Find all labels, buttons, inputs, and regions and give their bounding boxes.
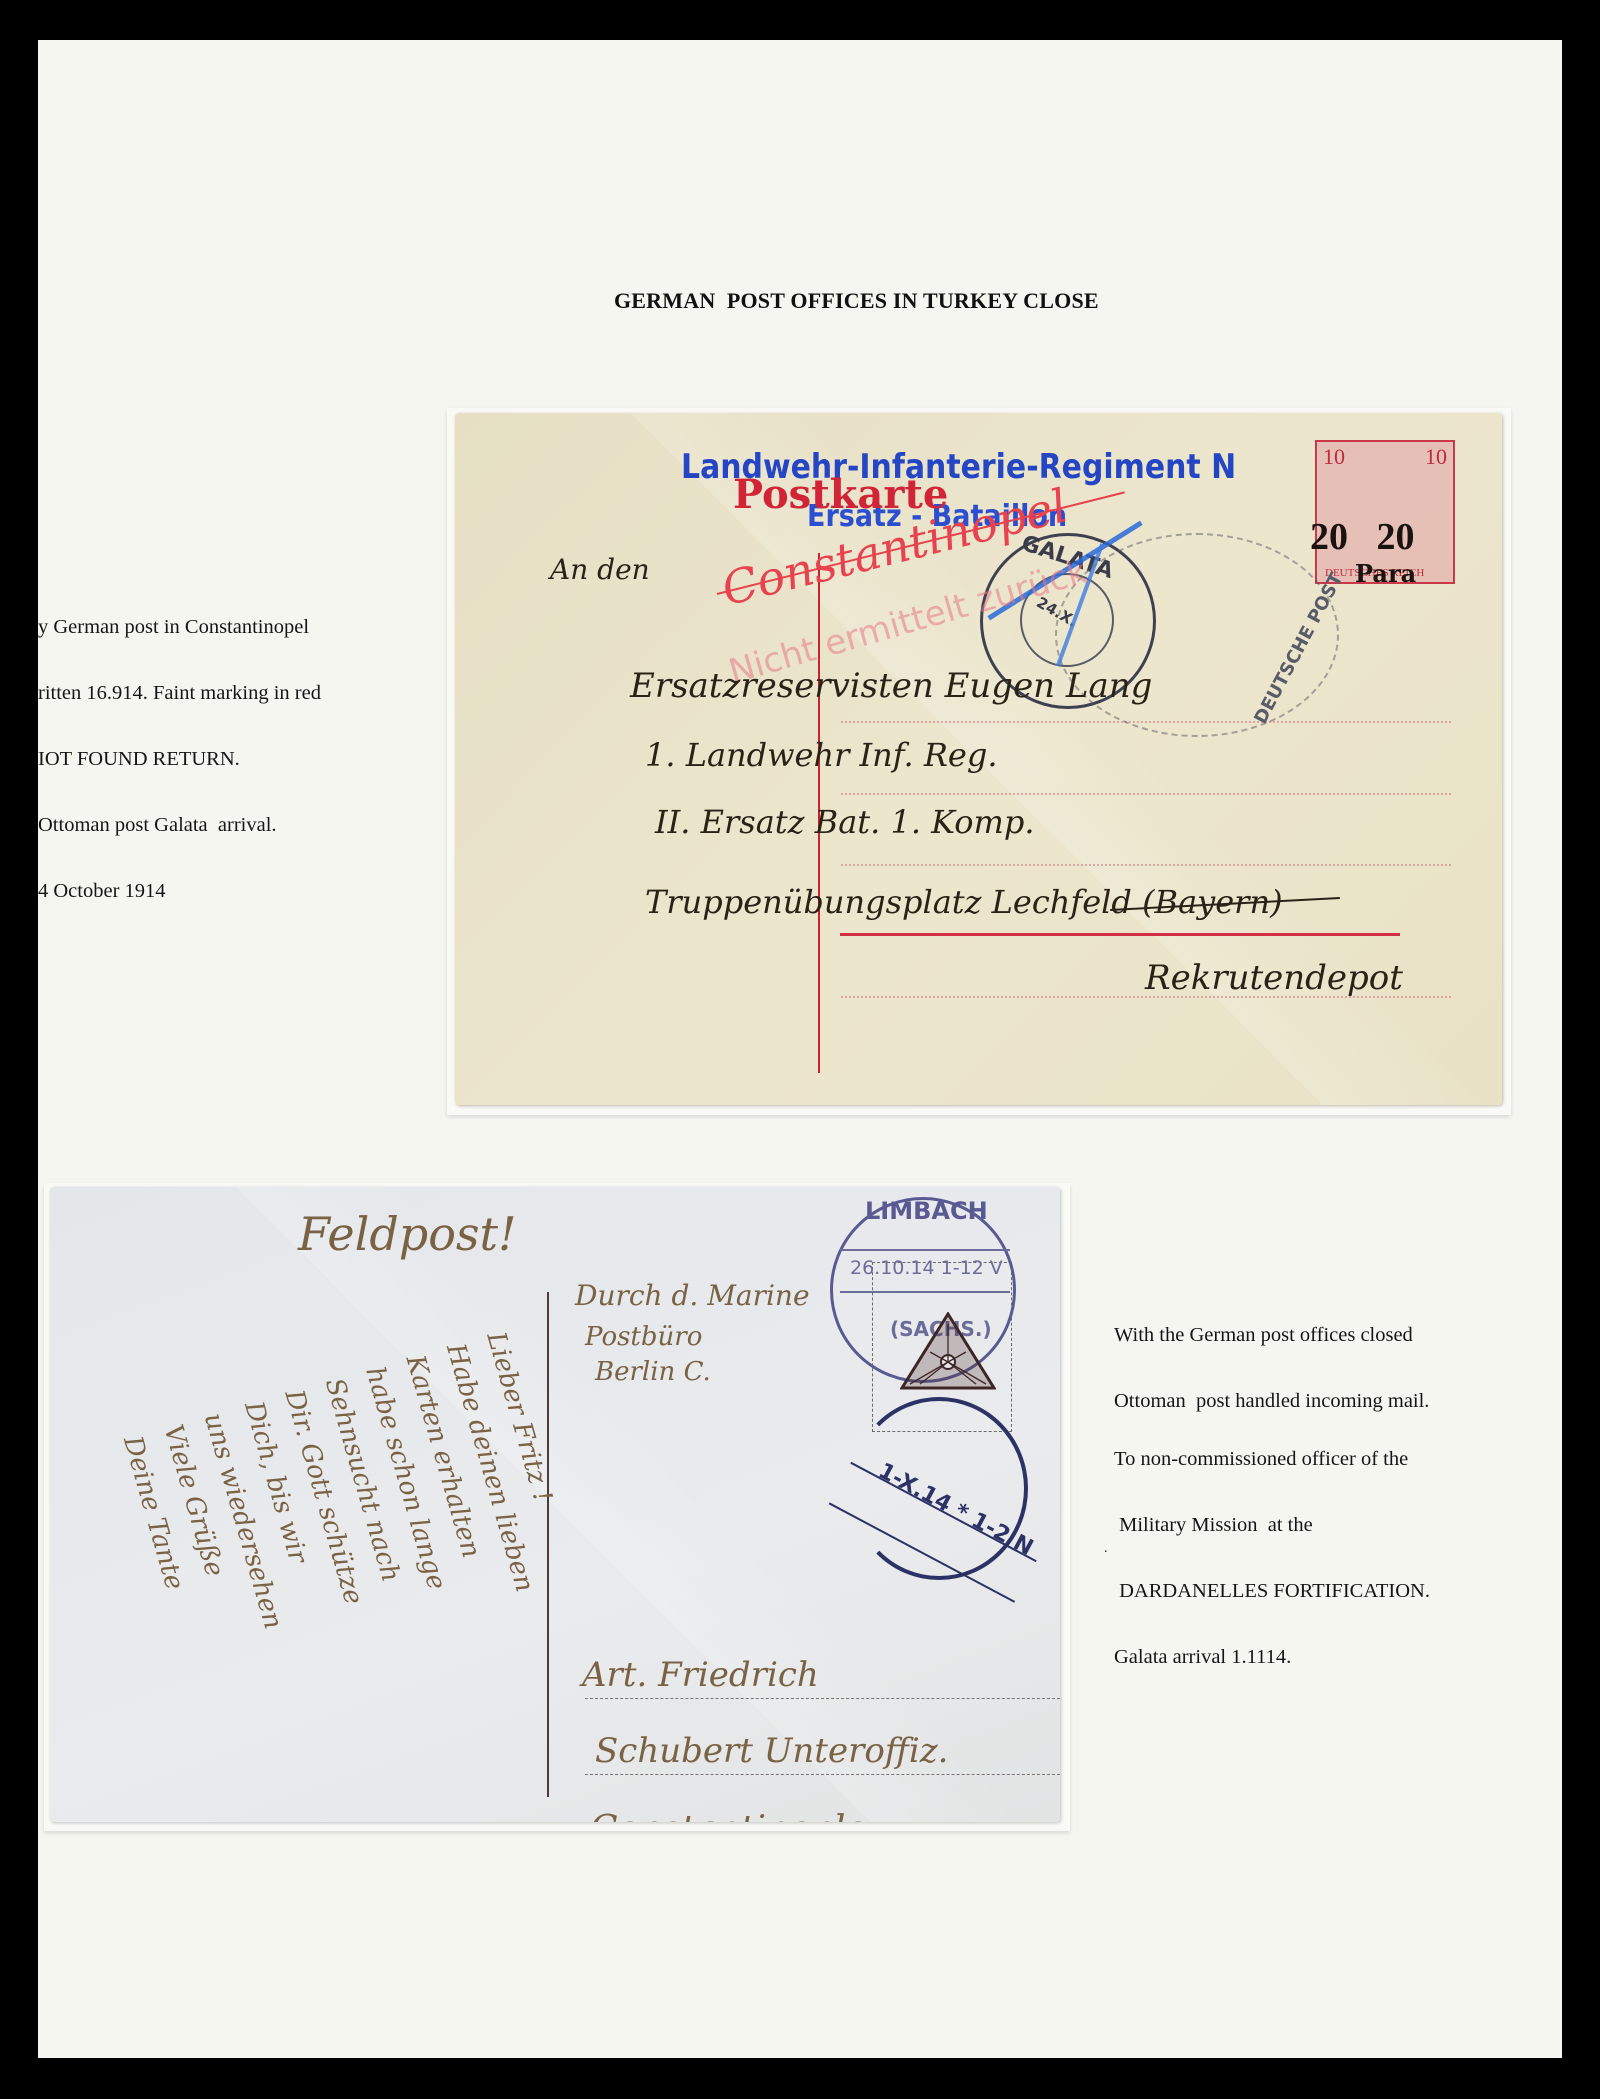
caption-line: To non-commissioned officer of the xyxy=(1114,1448,1430,1470)
address-line: II. Ersatz Bat. 1. Komp. xyxy=(655,803,1034,841)
feldpost-heading: Feldpost! xyxy=(298,1207,517,1261)
triangle-emblem-icon xyxy=(900,1312,996,1390)
caption-trailing-mark: . xyxy=(1104,1538,1108,1560)
stamp-value-right: 10 xyxy=(1425,444,1447,470)
stamp-overprint-value: 20 20 xyxy=(1310,515,1415,559)
address-line: An den xyxy=(550,553,650,586)
address-line: Ersatzreservisten Eugen Lang xyxy=(630,666,1152,706)
red-underline xyxy=(840,933,1400,936)
caption-line: ritten 16.914. Faint marking in red xyxy=(38,682,321,704)
address-line-rule xyxy=(841,793,1451,795)
sender-line: Durch d. Marine xyxy=(575,1279,810,1312)
stamp-value-left: 10 xyxy=(1323,444,1345,470)
caption-line: With the German post offices closed xyxy=(1114,1324,1429,1346)
caption-line: DARDANELLES FORTIFICATION. xyxy=(1114,1580,1430,1602)
caption-line: Military Mission at the xyxy=(1114,1514,1430,1536)
address-line: Truppenübungsplatz Lechfeld (Bayern) xyxy=(645,883,1283,921)
sender-line: Berlin C. xyxy=(595,1357,711,1387)
page-title: GERMAN POST OFFICES IN TURKEY CLOSE xyxy=(614,288,1099,314)
top-item-caption: y German post in Constantinopel ritten 1… xyxy=(38,572,321,924)
postmark-town: LIMBACH xyxy=(865,1197,988,1225)
address-line: Art. Friedrich xyxy=(582,1655,819,1695)
caption-line: Ottoman post Galata arrival. xyxy=(38,814,321,836)
address-line: Schubert Unteroffiz. xyxy=(595,1731,948,1771)
caption-line: y German post in Constantinopel xyxy=(38,616,321,638)
address-line: Constantinople xyxy=(590,1809,867,1822)
address-line: Rekrutendepot xyxy=(1145,958,1403,998)
postmark-date: 26.10.14 1-12 V xyxy=(850,1257,1003,1279)
caption-line: 4 October 1914 xyxy=(38,880,321,902)
bottom-item-caption-2: To non-commissioned officer of the Milit… xyxy=(1114,1404,1430,1690)
top-postcard: 10 10 DEUTSCHES REICH 20 20 Para Landweh… xyxy=(455,413,1502,1105)
address-line-rule xyxy=(841,864,1451,866)
card-type-imprint: Postkarte xyxy=(733,471,948,518)
stamp-overprint-unit: Para xyxy=(1355,559,1416,588)
address-line: 1. Landwehr Inf. Reg. xyxy=(645,736,998,774)
sender-line: Postbüro xyxy=(585,1322,702,1352)
address-line-rule xyxy=(585,1774,1060,1775)
caption-line: Galata arrival 1.1114. xyxy=(1114,1646,1430,1668)
address-line-rule xyxy=(585,1698,1060,1699)
caption-line: IOT FOUND RETURN. xyxy=(38,748,321,770)
bottom-postcard: Feldpost! LIMBACH 26.10.14 1-12 V (SACHS… xyxy=(50,1187,1060,1822)
